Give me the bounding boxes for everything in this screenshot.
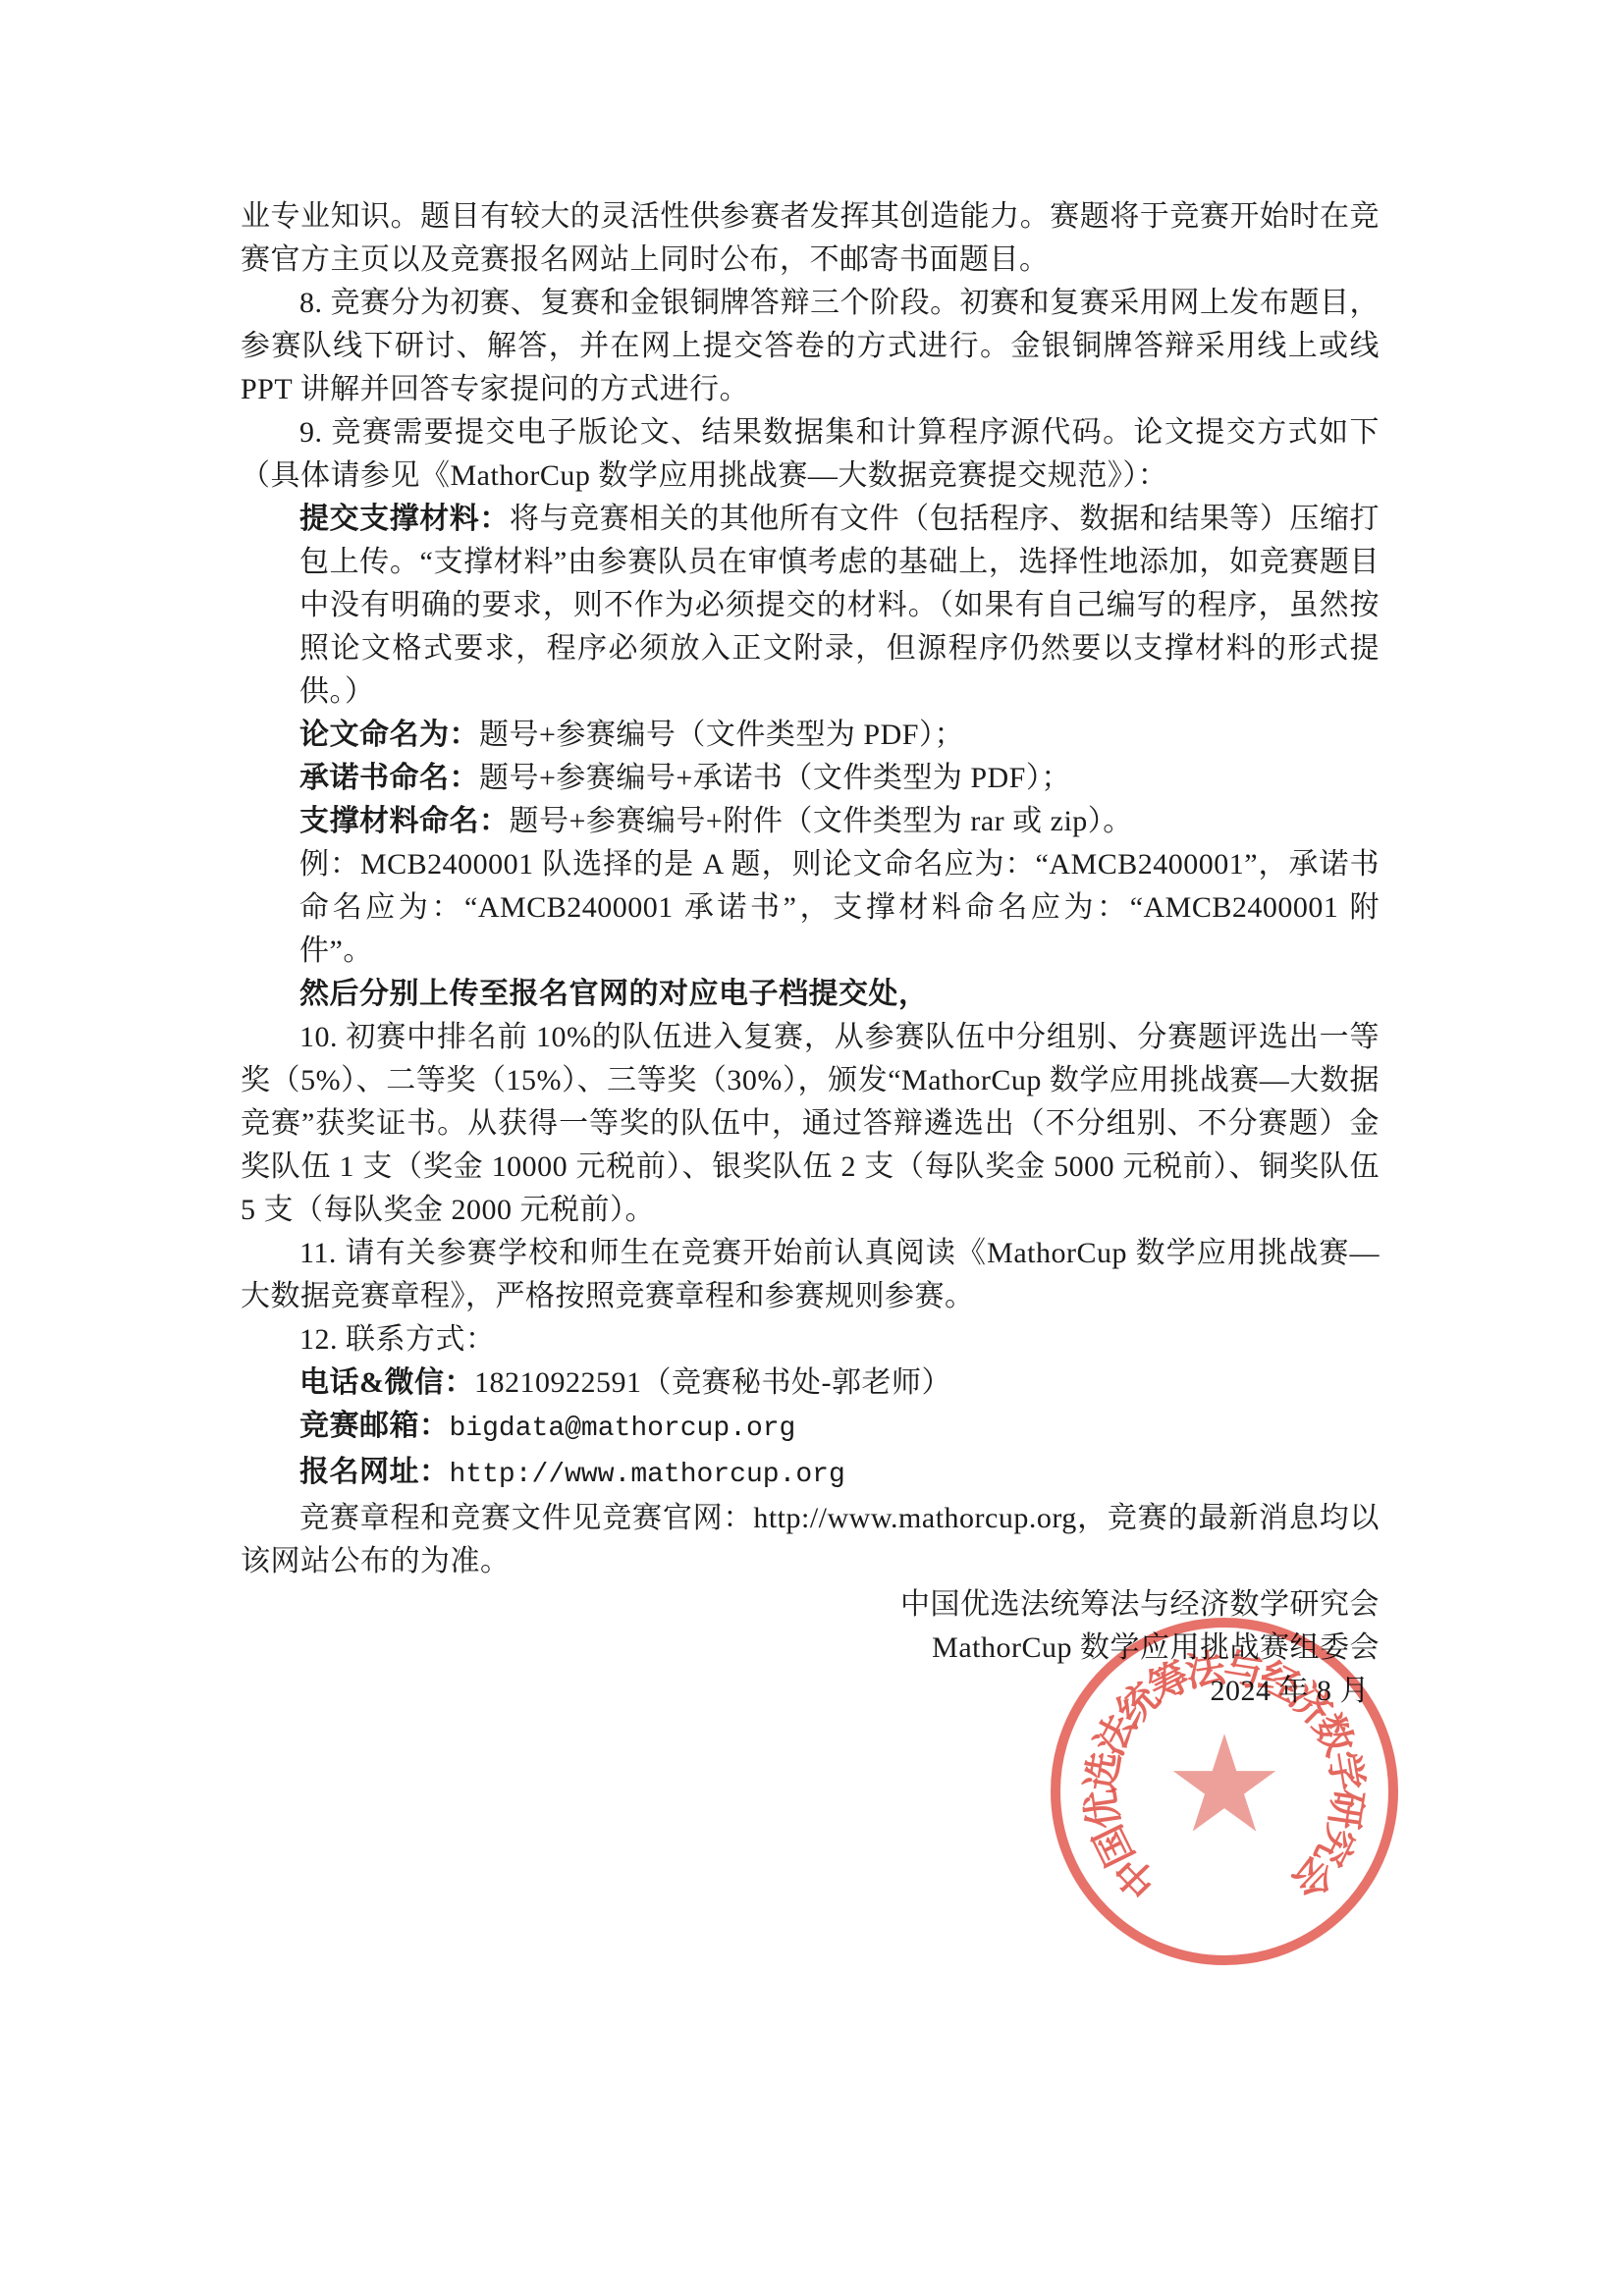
paragraph-continuation: 业专业知识。题目有较大的灵活性供参赛者发挥其创造能力。赛题将于竞赛开始时在竞赛官… [241,195,1380,282]
commitment-naming-line: 承诺书命名：题号+参赛编号+承诺书（文件类型为 PDF）； [241,757,1380,800]
support-naming-line: 支撑材料命名：题号+参赛编号+附件（文件类型为 rar 或 zip）。 [241,800,1380,843]
upload-instruction: 然后分别上传至报名官网的对应电子档提交处， [241,973,1380,1016]
commitment-naming-text: 题号+参赛编号+承诺书（文件类型为 PDF）； [479,762,1071,794]
contact-website-value: http://www.mathorcup.org [450,1460,845,1490]
document-body: 业专业知识。题目有较大的灵活性供参赛者发挥其创造能力。赛题将于竞赛开始时在竞赛官… [241,195,1380,1713]
support-naming-label: 支撑材料命名： [299,805,510,837]
submit-materials-note: 提交支撑材料：将与竞赛相关的其他所有文件（包括程序、数据和结果等）压缩打包上传。… [241,498,1380,714]
contact-website-label: 报名网址： [299,1456,450,1488]
support-naming-text: 题号+参赛编号+附件（文件类型为 rar 或 zip）。 [510,805,1133,837]
seal-arc-char: 国 [1078,1817,1146,1877]
commitment-naming-label: 承诺书命名： [299,762,479,794]
seal-arc-char: 会 [1281,1845,1349,1912]
paper-naming-line: 论文命名为：题号+参赛编号（文件类型为 PDF）； [241,714,1380,757]
seal-arc-char: 中 [1101,1845,1168,1912]
signature-date: 2024 年 8 月 [241,1670,1380,1713]
contact-website-line: 报名网址：http://www.mathorcup.org [241,1451,1380,1497]
seal-arc-char: 选 [1069,1746,1131,1794]
naming-example-line: 例：MCB2400001 队选择的是 A 题，则论文命名应为：“AMCB2400… [241,843,1380,973]
paragraph-12-contact-heading: 12. 联系方式： [241,1318,1380,1362]
paper-naming-label: 论文命名为： [299,719,479,751]
paragraph-9: 9. 竞赛需要提交电子版论文、结果数据集和计算程序源代码。论文提交方式如下（具体… [241,411,1380,498]
contact-email-value: bigdata@mathorcup.org [450,1414,796,1444]
paragraph-8: 8. 竞赛分为初赛、复赛和金银铜牌答辩三个阶段。初赛和复赛采用网上发布题目，参赛… [241,282,1380,411]
signature-committee: MathorCup 数学应用挑战赛组委会 [241,1627,1380,1670]
seal-arc-char: 究 [1304,1817,1372,1877]
contact-email-label: 竞赛邮箱： [299,1410,450,1442]
seal-arc-char: 优 [1069,1787,1130,1834]
star-icon [1165,1729,1283,1842]
contact-phone-line: 电话&微信：18210922591（竞赛秘书处-郭老师） [241,1362,1380,1405]
contact-phone-value: 18210922591（竞赛秘书处-郭老师） [474,1366,951,1399]
paper-naming-text: 题号+参赛编号（文件类型为 PDF）； [479,719,964,751]
submit-materials-label: 提交支撑材料： [299,503,510,535]
document-page: 业专业知识。题目有较大的灵活性供参赛者发挥其创造能力。赛题将于竞赛开始时在竞赛官… [0,0,1624,2296]
official-site-note: 竞赛章程和竞赛文件见竞赛官网：http://www.mathorcup.org，… [241,1497,1380,1583]
contact-email-line: 竞赛邮箱：bigdata@mathorcup.org [241,1405,1380,1451]
contact-phone-label: 电话&微信： [299,1366,474,1399]
seal-arc-char: 学 [1318,1746,1380,1794]
paragraph-10: 10. 初赛中排名前 10%的队伍进入复赛，从参赛队伍中分组别、分赛题评选出一等… [241,1016,1380,1232]
paragraph-11: 11. 请有关参赛学校和师生在竞赛开始前认真阅读《MathorCup 数学应用挑… [241,1232,1380,1318]
upload-instruction-text: 然后分别上传至报名官网的对应电子档提交处， [299,978,929,1010]
seal-arc-char: 研 [1319,1787,1380,1834]
signature-organization: 中国优选法统筹法与经济数学研究会 [241,1583,1380,1627]
